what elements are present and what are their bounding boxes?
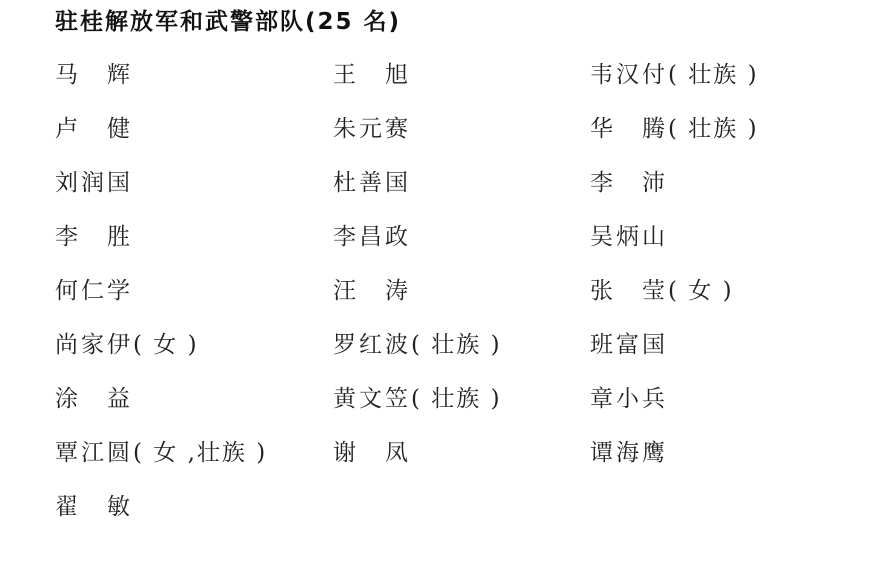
person-note: ( 壮族 ) (668, 116, 759, 142)
list-item: 张 莹( 女 ) (590, 274, 875, 328)
list-item: 卢 健 (55, 112, 333, 166)
person-name: 翟 敏 (55, 494, 133, 520)
person-name: 涂 益 (55, 386, 133, 412)
person-name: 吴炳山 (590, 224, 668, 250)
person-note: ( 壮族 ) (411, 332, 502, 358)
person-name: 班富国 (590, 332, 668, 358)
person-name: 覃江圆 (55, 440, 133, 466)
person-name: 马 辉 (55, 62, 133, 88)
list-item: 何仁学 (55, 274, 333, 328)
person-note: ( 壮族 ) (668, 62, 759, 88)
list-item: 尚家伊( 女 ) (55, 328, 333, 382)
list-item: 马 辉 (55, 58, 333, 112)
person-name: 张 莹 (590, 278, 668, 304)
list-item: 章小兵 (590, 382, 875, 436)
person-name: 刘润国 (55, 170, 133, 196)
list-item: 黄文笠( 壮族 ) (333, 382, 590, 436)
list-item: 王 旭 (333, 58, 590, 112)
person-name: 罗红波 (333, 332, 411, 358)
person-name: 王 旭 (333, 62, 411, 88)
person-name: 李 胜 (55, 224, 133, 250)
person-name: 何仁学 (55, 278, 133, 304)
name-list: 马 辉 王 旭 韦汉付( 壮族 ) 卢 健 朱元赛 华 腾( 壮族 ) 刘润国 … (55, 58, 875, 544)
person-name: 章小兵 (590, 386, 668, 412)
person-name: 谭海鹰 (590, 440, 668, 466)
list-item: 吴炳山 (590, 220, 875, 274)
list-item: 罗红波( 壮族 ) (333, 328, 590, 382)
person-name: 汪 涛 (333, 278, 411, 304)
person-name: 卢 健 (55, 116, 133, 142)
person-name: 杜善国 (333, 170, 411, 196)
person-note: ( 壮族 ) (411, 386, 502, 412)
person-name: 尚家伊 (55, 332, 133, 358)
list-item: 汪 涛 (333, 274, 590, 328)
list-item: 班富国 (590, 328, 875, 382)
list-item: 李 沛 (590, 166, 875, 220)
list-item: 涂 益 (55, 382, 333, 436)
person-name: 谢 凤 (333, 440, 411, 466)
person-name: 朱元赛 (333, 116, 411, 142)
person-name: 李 沛 (590, 170, 668, 196)
person-note: ( 女 ) (133, 332, 199, 358)
list-item: 李 胜 (55, 220, 333, 274)
person-note: ( 女 ) (668, 278, 734, 304)
empty-cell (590, 490, 875, 544)
list-item: 朱元赛 (333, 112, 590, 166)
list-item: 杜善国 (333, 166, 590, 220)
list-item: 李昌政 (333, 220, 590, 274)
list-item: 谢 凤 (333, 436, 590, 490)
list-item: 韦汉付( 壮族 ) (590, 58, 875, 112)
section-title: 驻桂解放军和武警部队(25 名) (55, 6, 401, 38)
list-item: 刘润国 (55, 166, 333, 220)
list-item: 华 腾( 壮族 ) (590, 112, 875, 166)
person-name: 华 腾 (590, 116, 668, 142)
list-item: 翟 敏 (55, 490, 333, 544)
person-name: 韦汉付 (590, 62, 668, 88)
list-item: 谭海鹰 (590, 436, 875, 490)
person-note: ( 女 ,壮族 ) (133, 440, 267, 466)
empty-cell (333, 490, 590, 544)
person-name: 黄文笠 (333, 386, 411, 412)
person-name: 李昌政 (333, 224, 411, 250)
document-page: 驻桂解放军和武警部队(25 名) 马 辉 王 旭 韦汉付( 壮族 ) 卢 健 朱… (0, 0, 891, 563)
list-item: 覃江圆( 女 ,壮族 ) (55, 436, 333, 490)
